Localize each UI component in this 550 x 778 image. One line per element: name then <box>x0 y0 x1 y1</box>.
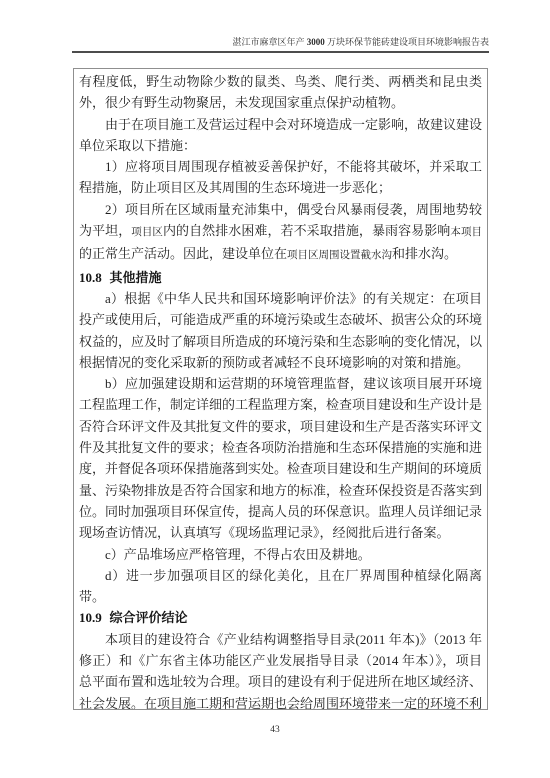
paragraph: a）根据《中华人民共和国环境影响评价法》的有关规定：在项目投产或使用后，可能造成… <box>79 288 482 373</box>
section-heading-10-9: 10.9综合评价结论 <box>79 607 482 628</box>
section-number: 10.9 <box>79 610 102 625</box>
paragraph: 有程度低，野生动物除少数的鼠类、鸟类、爬行类、两栖类和昆虫类外，很少有野生动物聚… <box>79 71 482 114</box>
paragraph: b）应加强建设期和运营期的环境管理监督，建议该项目展开环境工程监理工作，制定详细… <box>79 373 482 543</box>
section-heading-10-8: 10.8其他措施 <box>79 267 482 288</box>
text-run: 和排水沟。 <box>392 246 457 261</box>
header-divider <box>72 51 489 53</box>
text-run-small: 项目区 <box>131 227 163 238</box>
paragraph: 2）项目所在区域雨量充沛集中，偶受台风暴雨侵袭，周围地势较为平坦，项目区内的自然… <box>79 199 482 267</box>
page-number: 43 <box>0 725 550 735</box>
text-run: 的正常生产活动。因此，建设单位在 <box>79 246 287 261</box>
paragraph: 由于在项目施工及营运过程中会对环境造成一定影响，故建议建设单位采取以下措施： <box>79 114 482 157</box>
paragraph: 1）应将项目周围现存植被妥善保护好，不能将其破坏，并采取工程措施，防止项目区及其… <box>79 156 482 199</box>
section-title: 综合评价结论 <box>102 610 188 625</box>
running-header: 湛江市麻章区年产 3000 万块环保节能砖建设项目环境影响报告表 <box>72 36 489 49</box>
text-run-small: 本项目 <box>450 227 482 238</box>
paragraph: c）产品堆场应严格管理，不得占农田及耕地。 <box>79 544 482 565</box>
paragraph: 本项目的建设符合《产业结构调整指导目录(2011 年本)》（2013 年修正）和… <box>79 629 482 710</box>
section-number: 10.8 <box>79 270 102 285</box>
running-header-text-pre: 湛江市麻章区年产 <box>232 37 306 47</box>
running-header-text-post: 万块环保节能砖建设项目环境影响报告表 <box>325 37 489 47</box>
running-header-number: 3000 <box>307 37 325 47</box>
paragraph: d）进一步加强项目区的绿化美化，且在厂界周围种植绿化隔离带。 <box>79 565 482 608</box>
text-run: 内的自然排水困难，若不采取措施，暴雨容易影响 <box>163 223 450 238</box>
report-body-box: 有程度低，野生动物除少数的鼠类、鸟类、爬行类、两栖类和昆虫类外，很少有野生动物聚… <box>73 68 488 710</box>
section-title: 其他措施 <box>102 270 162 285</box>
report-page: 湛江市麻章区年产 3000 万块环保节能砖建设项目环境影响报告表 有程度低，野生… <box>0 0 550 778</box>
text-run-small: 项目区周围设置截水沟 <box>287 250 392 261</box>
